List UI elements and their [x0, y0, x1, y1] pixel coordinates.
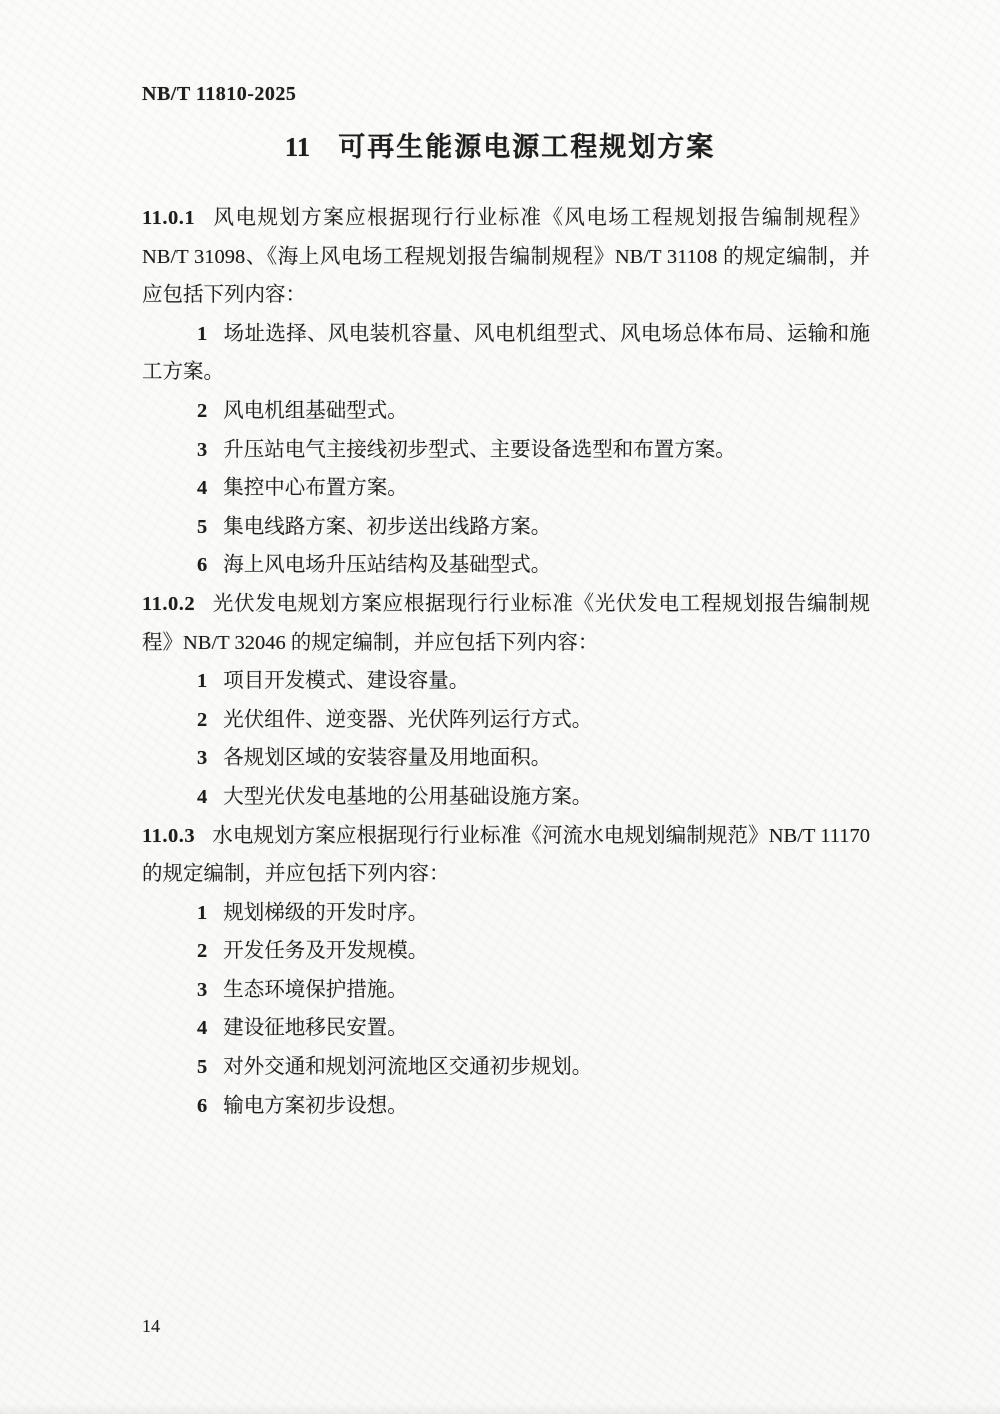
clause-11-0-1: 11.0.1风电规划方案应根据现行行业标准《风电场工程规划报告编制规程》NB/T… — [142, 199, 870, 315]
chapter-number: 11 — [285, 132, 311, 162]
clause-11-0-3: 11.0.3水电规划方案应根据现行行业标准《河流水电规划编制规范》NB/T 11… — [142, 817, 870, 894]
item-number: 3 — [197, 747, 207, 769]
list-item: 5集电线路方案、初步送出线路方案。 — [142, 508, 870, 547]
item-number: 4 — [197, 477, 207, 499]
item-text: 大型光伏发电基地的公用基础设施方案。 — [223, 786, 592, 808]
item-number: 5 — [197, 1056, 207, 1078]
item-number: 3 — [197, 979, 207, 1001]
list-item: 2光伏组件、逆变器、光伏阵列运行方式。 — [142, 701, 870, 740]
item-number: 5 — [197, 516, 207, 538]
item-text: 升压站电气主接线初步型式、主要设备选型和布置方案。 — [223, 439, 736, 461]
item-text: 规划梯级的开发时序。 — [223, 902, 428, 924]
list-item: 3生态环境保护措施。 — [142, 971, 870, 1010]
item-number: 4 — [197, 786, 207, 808]
clause-number: 11.0.2 — [142, 593, 195, 615]
item-text: 风电机组基础型式。 — [223, 400, 408, 422]
item-text: 对外交通和规划河流地区交通初步规划。 — [223, 1056, 592, 1078]
list-item: 1场址选择、风电装机容量、风电机组型式、风电场总体布局、运输和施工方案。 — [142, 315, 870, 392]
list-item: 1项目开发模式、建设容量。 — [142, 662, 870, 701]
chapter-name: 可再生能源电源工程规划方案 — [338, 132, 715, 162]
list-item: 3升压站电气主接线初步型式、主要设备选型和布置方案。 — [142, 431, 870, 470]
item-text: 输电方案初步设想。 — [223, 1095, 408, 1117]
clause-text: 光伏发电规划方案应根据现行行业标准《光伏发电工程规划报告编制规程》NB/T 32… — [142, 593, 870, 654]
item-text: 场址选择、风电装机容量、风电机组型式、风电场总体布局、运输和施工方案。 — [142, 323, 870, 384]
item-number: 1 — [197, 323, 207, 345]
list-item: 6输电方案初步设想。 — [142, 1087, 870, 1126]
list-item: 4建设征地移民安置。 — [142, 1009, 870, 1048]
item-number: 2 — [197, 400, 207, 422]
clause-11-0-2: 11.0.2光伏发电规划方案应根据现行行业标准《光伏发电工程规划报告编制规程》N… — [142, 585, 870, 662]
list-item: 3各规划区域的安装容量及用地面积。 — [142, 739, 870, 778]
list-item: 2开发任务及开发规模。 — [142, 932, 870, 971]
list-item: 6海上风电场升压站结构及基础型式。 — [142, 546, 870, 585]
item-text: 开发任务及开发规模。 — [223, 940, 428, 962]
list-item: 5对外交通和规划河流地区交通初步规划。 — [142, 1048, 870, 1087]
chapter-title: 11可再生能源电源工程规划方案 — [0, 125, 1000, 164]
clause-number: 11.0.3 — [142, 825, 195, 847]
item-number: 2 — [197, 709, 207, 731]
item-text: 集控中心布置方案。 — [223, 477, 408, 499]
item-text: 集电线路方案、初步送出线路方案。 — [223, 516, 551, 538]
list-item: 2风电机组基础型式。 — [142, 392, 870, 431]
list-item: 4集控中心布置方案。 — [142, 469, 870, 508]
list-item: 1规划梯级的开发时序。 — [142, 894, 870, 933]
clause-text: 水电规划方案应根据现行行业标准《河流水电规划编制规范》NB/T 11170 的规… — [142, 825, 870, 886]
item-text: 项目开发模式、建设容量。 — [223, 670, 469, 692]
item-number: 1 — [197, 670, 207, 692]
item-number: 2 — [197, 940, 207, 962]
item-number: 3 — [197, 439, 207, 461]
item-text: 各规划区域的安装容量及用地面积。 — [223, 747, 551, 769]
item-text: 建设征地移民安置。 — [223, 1017, 408, 1039]
item-text: 生态环境保护措施。 — [223, 979, 408, 1001]
item-text: 海上风电场升压站结构及基础型式。 — [223, 554, 551, 576]
item-number: 6 — [197, 554, 207, 576]
item-number: 4 — [197, 1017, 207, 1039]
page-number: 14 — [142, 1316, 160, 1337]
standard-number: NB/T 11810-2025 — [142, 83, 296, 106]
clause-number: 11.0.1 — [142, 207, 195, 229]
item-number: 1 — [197, 902, 207, 924]
list-item: 4大型光伏发电基地的公用基础设施方案。 — [142, 778, 870, 817]
document-body: 11.0.1风电规划方案应根据现行行业标准《风电场工程规划报告编制规程》NB/T… — [142, 199, 870, 1125]
document-page: NB/T 11810-2025 11可再生能源电源工程规划方案 11.0.1风电… — [0, 0, 1000, 1414]
clause-text: 风电规划方案应根据现行行业标准《风电场工程规划报告编制规程》NB/T 31098… — [142, 207, 870, 306]
item-number: 6 — [197, 1095, 207, 1117]
item-text: 光伏组件、逆变器、光伏阵列运行方式。 — [223, 709, 592, 731]
